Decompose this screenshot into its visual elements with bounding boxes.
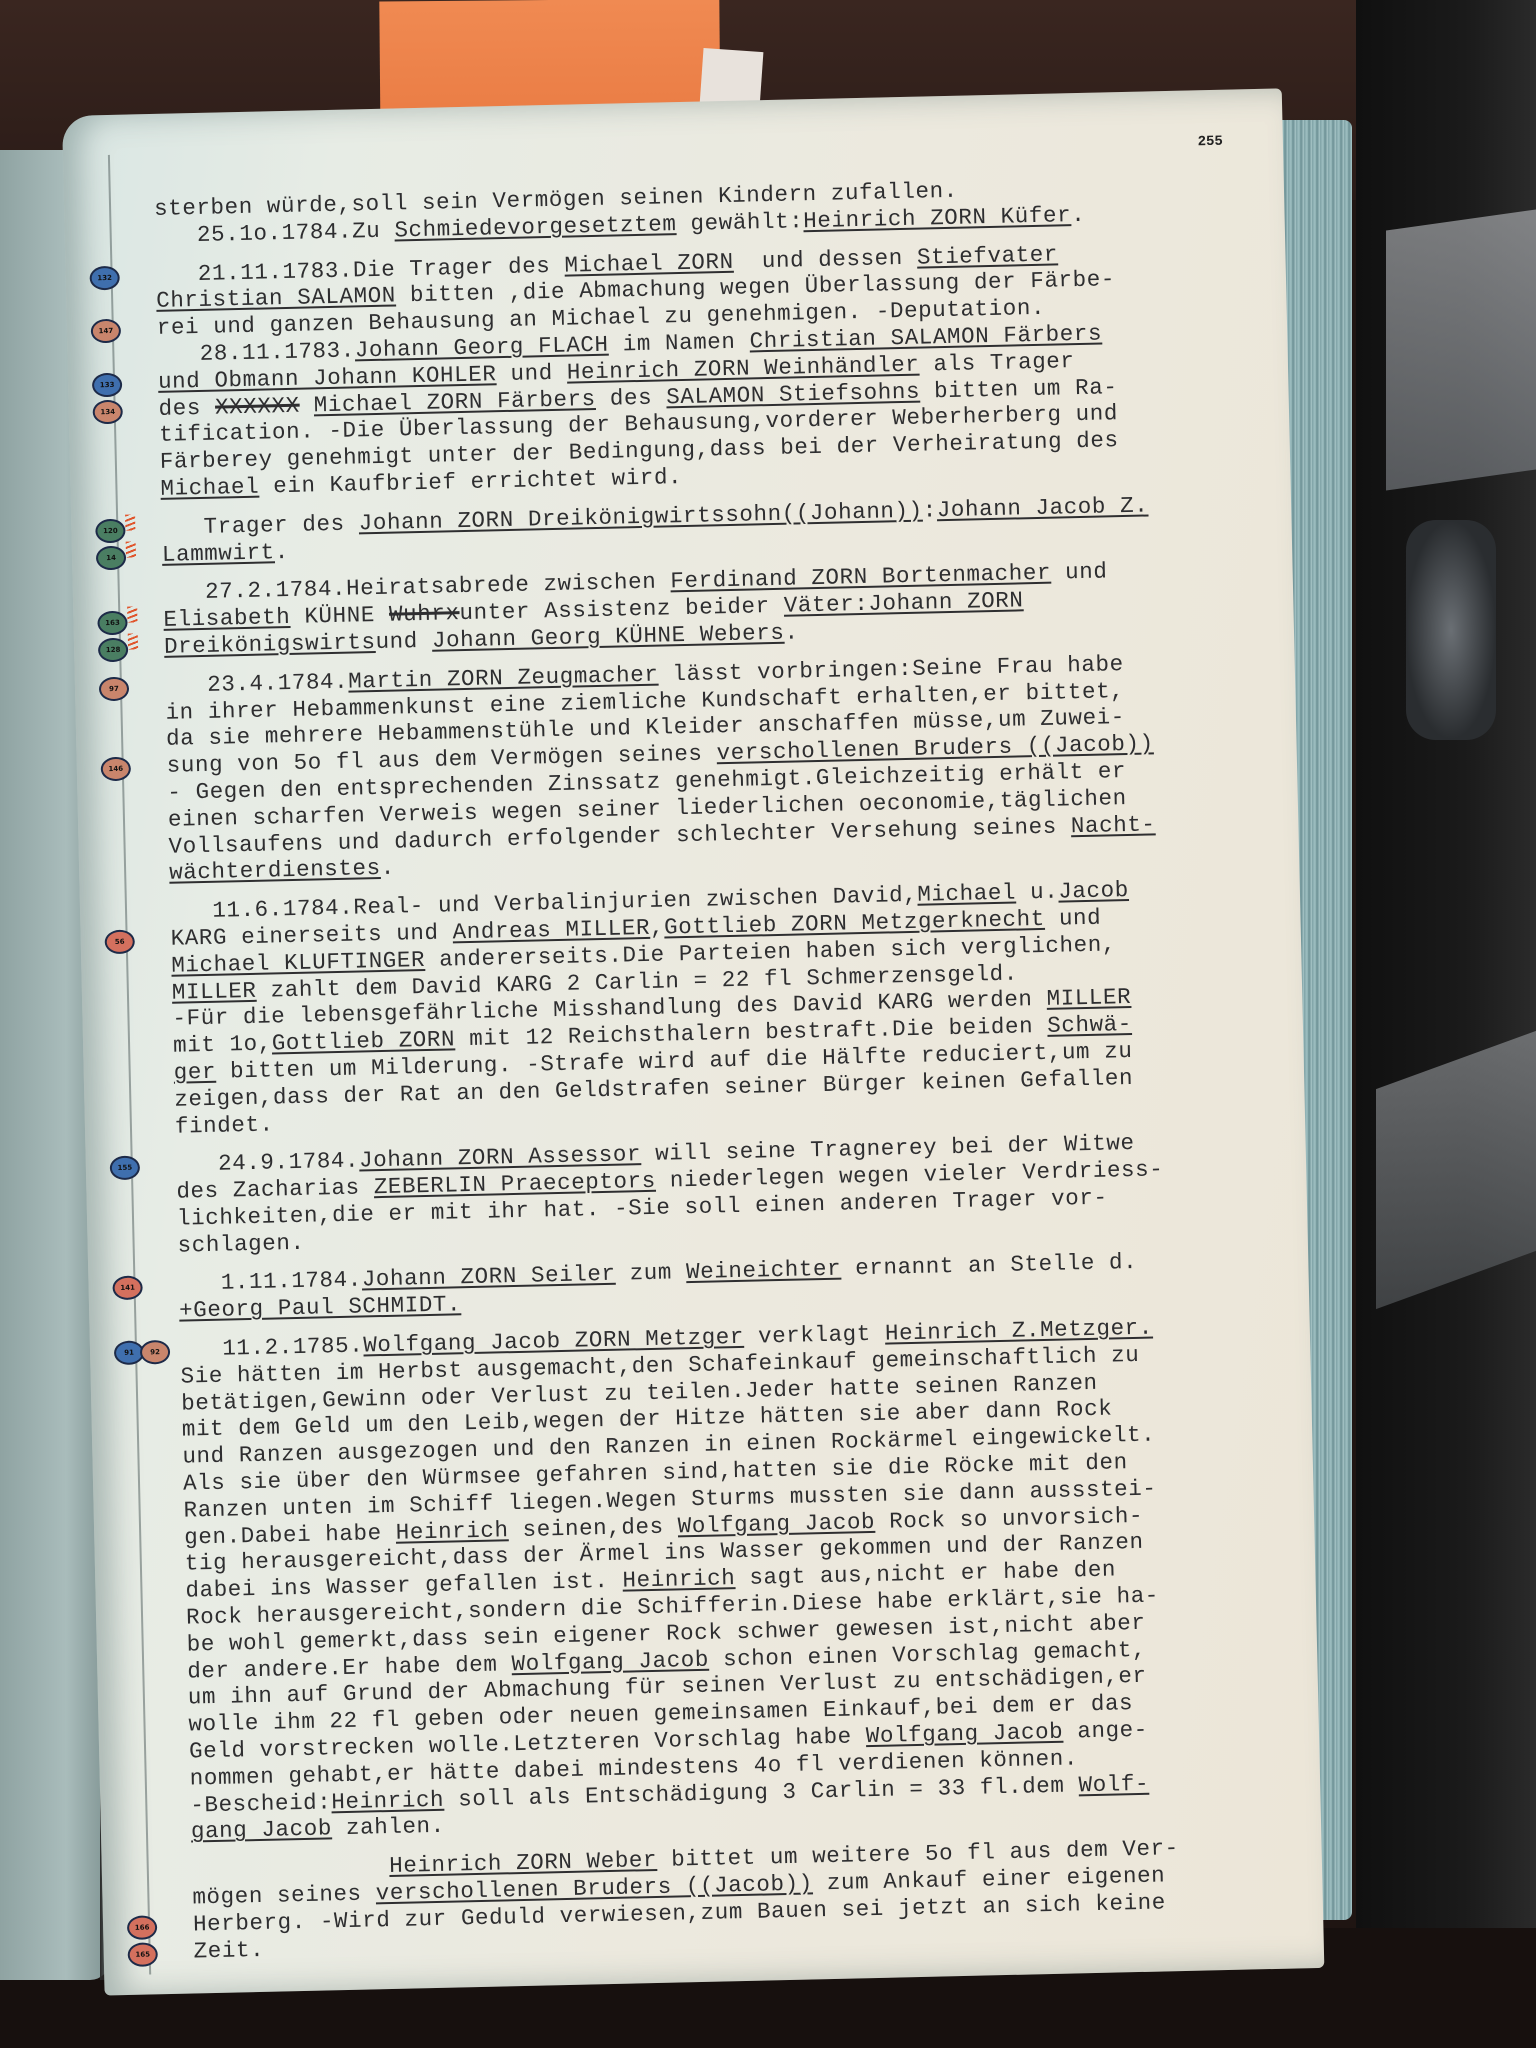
text-run: des Zacharias (176, 1174, 374, 1204)
text-run: . (1071, 202, 1086, 228)
text-run: 1.11.1784. (178, 1267, 362, 1297)
margin-stamp: 165 (127, 1942, 158, 1967)
underlined-name: wächterdienstes (169, 855, 381, 886)
text-run: . (784, 619, 799, 645)
tick-marks-icon (127, 607, 137, 623)
margin-stamp: 155 (110, 1156, 141, 1181)
text-run: im Namen (608, 328, 750, 357)
underlined-name: Weineichter (686, 1256, 842, 1286)
text-run: , (650, 914, 665, 940)
underlined-name: Schmiedevorgesetztem (394, 211, 677, 243)
underlined-name: Jacob (1058, 877, 1129, 905)
underlined-name: Gottlieb ZORN (272, 1026, 456, 1056)
tick-marks-icon (128, 633, 138, 649)
underlined-name: Wolfgang Jacob (511, 1646, 709, 1676)
text-run: . (274, 539, 289, 565)
margin-stamp: 133 (92, 373, 123, 398)
underlined-name: Schwä- (1047, 1011, 1132, 1039)
margin-stamp: 92 (140, 1340, 171, 1365)
underlined-name: Wolfgang Jacob (677, 1509, 875, 1539)
underlined-name: MILLER (1046, 984, 1131, 1012)
text-run: und (375, 628, 432, 655)
underlined-name: Michael (917, 880, 1016, 908)
margin-stamp: 166 (127, 1915, 158, 1940)
text-run: . (380, 855, 395, 881)
underlined-name: Michael ZORN (564, 248, 734, 278)
underlined-name: gang Jacob (191, 1816, 333, 1845)
text-run: 23.4.1784. (165, 668, 349, 698)
underlined-name: Johann Jacob Z. (937, 492, 1149, 523)
text-run: schlagen. (177, 1229, 304, 1258)
text-run: verklagt (744, 1321, 886, 1350)
document-page: 255 132147133134120141631289714656155141… (62, 88, 1324, 1995)
text-run: gen.Dabei habe (184, 1519, 396, 1550)
underlined-name: Dreikönigswirts (164, 629, 376, 660)
text-run: 24.9.1784. (176, 1148, 360, 1178)
text-run: 28.11.1783. (157, 337, 355, 367)
tick-marks-icon (126, 541, 136, 557)
struck-text: Wuhrx (389, 600, 460, 628)
text-run: und dessen (733, 244, 917, 274)
underlined-name: Heinrich ZORN Küfer (803, 202, 1071, 234)
text-run: findet. (175, 1111, 274, 1139)
text-run: : (922, 497, 937, 523)
text-run: gewählt: (676, 208, 803, 237)
underlined-name: Michael (160, 474, 259, 502)
text-run (192, 1853, 390, 1883)
underlined-name: Lammwirt (162, 539, 275, 568)
text-run: -Bescheid: (190, 1789, 332, 1818)
text-run: und (1051, 559, 1108, 586)
text-run: des (158, 394, 215, 421)
margin-stamp: 141 (112, 1275, 143, 1300)
margin-stamp: 128 (98, 638, 129, 663)
text-run: mögen seines (192, 1880, 376, 1910)
underlined-name: Andreas MILLER (452, 915, 650, 945)
margin-stamp: 56 (104, 930, 135, 955)
underlined-name: +Georg Paul SCHMIDT. (179, 1292, 462, 1324)
margin-stamp: 163 (97, 611, 128, 636)
text-run: und (496, 359, 567, 387)
text-run: als Trager (919, 348, 1075, 378)
underlined-name: Stiefvater (917, 241, 1059, 270)
text-run: Trager des (161, 510, 359, 540)
underlined-name: Elisabeth (163, 604, 290, 633)
text-run: des (595, 384, 666, 412)
typewritten-text: sterben würde,soll sein Vermögen seinen … (154, 171, 1284, 1965)
binding-line (108, 155, 151, 1975)
margin-stamp: 134 (92, 399, 123, 424)
text-run: ange- (1063, 1717, 1148, 1745)
underlined-name: Heinrich (395, 1517, 508, 1546)
text-run: zum (615, 1260, 686, 1288)
underlined-name: Johann ZORN Seiler (362, 1261, 616, 1293)
underlined-name: Wolf- (1078, 1770, 1149, 1798)
margin-stamp: 147 (91, 319, 122, 344)
underlined-name: MILLER (172, 977, 257, 1005)
underlined-name: ger (173, 1059, 216, 1086)
text-run: bitten um Ra- (920, 374, 1118, 404)
background-object (1386, 209, 1536, 490)
background-device (1406, 520, 1496, 740)
page-number: 255 (1197, 134, 1223, 151)
text-run: zahlen. (332, 1813, 445, 1842)
underlined-name: Heinrich (622, 1565, 735, 1594)
underlined-name: Heinrich (331, 1786, 444, 1815)
text-run: 11.2.1785. (180, 1333, 364, 1363)
text-run: mit 1o, (173, 1031, 272, 1059)
text-run: 25.1o.1784.Zu (154, 217, 394, 248)
margin-stamp: 146 (101, 757, 132, 782)
margin-stamp: 132 (89, 265, 120, 290)
underlined-name: Väter:Johann ZORN (784, 587, 1024, 618)
text-run: und (1045, 905, 1102, 932)
text-run: seinen,des (508, 1513, 678, 1543)
margin-stamp: 97 (99, 676, 130, 701)
struck-text: XXXXXX (215, 392, 300, 420)
margin-stamp: 14 (96, 545, 127, 570)
underlined-name: Wolfgang Jacob (866, 1719, 1064, 1749)
text-run: u. (1016, 879, 1059, 906)
tick-marks-icon (125, 514, 135, 530)
margin-stamp: 120 (95, 518, 126, 543)
text-run: Zeit. (193, 1936, 264, 1964)
underlined-name: Nacht- (1071, 811, 1156, 839)
text-run (299, 392, 314, 418)
text-run: KÜHNE (290, 602, 389, 630)
